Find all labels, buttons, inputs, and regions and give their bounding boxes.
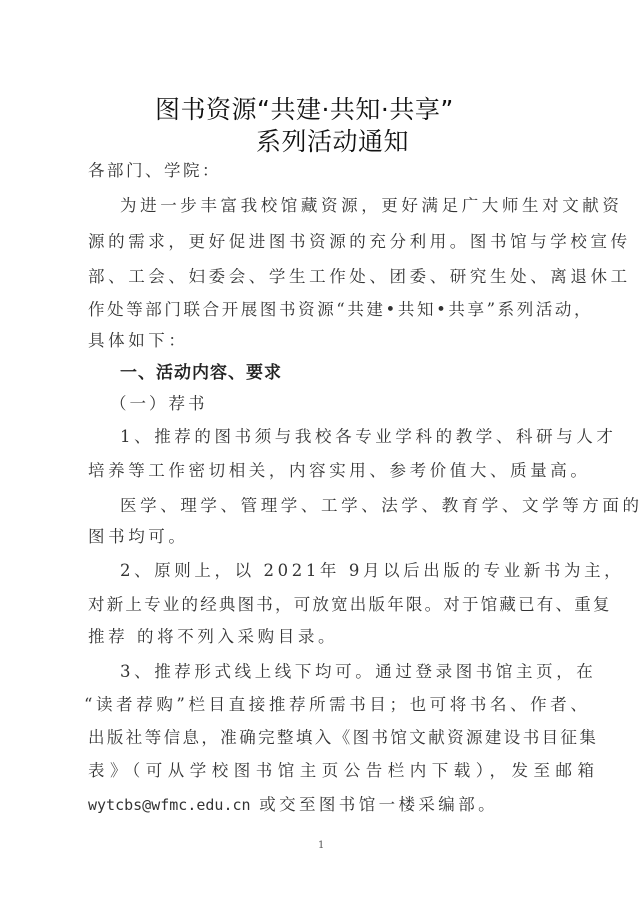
- item-3-line-2: “读者荐购”栏目直接推荐所需书目；也可将书名、作者、: [84, 691, 590, 715]
- document-title-line-2: 系列活动通知: [256, 122, 409, 158]
- intro-line-1: 为进一步丰富我校馆藏资源，更好满足广大师生对文献资: [120, 192, 623, 216]
- subsection-heading-recommend-books: （一）荐书: [110, 390, 208, 414]
- document-title-line-1: 图书资源“共建·共知·共享”: [155, 90, 454, 126]
- item-3-line-1: 3、推荐形式线上线下均可。通过登录图书馆主页，在: [120, 658, 596, 682]
- submission-email-link[interactable]: wytcbs@wfmc.edu.cn: [88, 796, 251, 814]
- item-1-line-2: 培养等工作密切相关，内容实用、参考价值大、质量高。: [88, 457, 591, 481]
- item-3-tail: 或交至图书馆一楼采编部。: [251, 795, 498, 814]
- intro-line-4: 作处等部门联合开展图书资源“共建•共知•共享”系列活动，: [88, 296, 593, 320]
- item-1-line-1: 1、推荐的图书须与我校各专业学科的教学、科研与人才: [120, 423, 617, 447]
- item-3-line-3: 出版社等信息，准确完整填入《图书馆文献资源建设书目征集: [88, 724, 598, 748]
- intro-line-3: 部、工会、妇委会、学生工作处、团委、研究生处、离退休工: [88, 263, 631, 287]
- item-3-line-4: 表》（可从学校图书馆主页公告栏内下载），发至邮箱: [88, 757, 600, 781]
- intro-line-2: 源的需求，更好促进图书资源的充分利用。图书馆与学校宣传: [88, 228, 631, 252]
- item-1-note-line-1: 医学、理学、管理学、工学、法学、教育学、文学等方面的: [120, 492, 639, 516]
- intro-line-5: 具体如下：: [88, 327, 189, 351]
- item-2-line-1: 2、原则上，以 2021年 9月以后出版的专业新书为主，: [120, 557, 624, 581]
- page-number: 1: [318, 840, 324, 851]
- section-heading-activity-content: 一、活动内容、要求: [120, 358, 282, 383]
- item-2-line-3: 推荐 的将不列入采购目录。: [88, 623, 338, 647]
- item-1-note-line-2: 图书均可。: [88, 523, 189, 547]
- document-page: 图书资源“共建·共知·共享” 系列活动通知 各部门、学院： 为进一步丰富我校馆藏…: [0, 0, 639, 904]
- item-2-line-2: 对新上专业的经典图书，可放宽出版年限。对于馆藏已有、重复: [88, 591, 612, 615]
- item-3-line-5: wytcbs@wfmc.edu.cn 或交至图书馆一楼采编部。: [88, 791, 498, 815]
- salutation: 各部门、学院：: [88, 157, 221, 181]
